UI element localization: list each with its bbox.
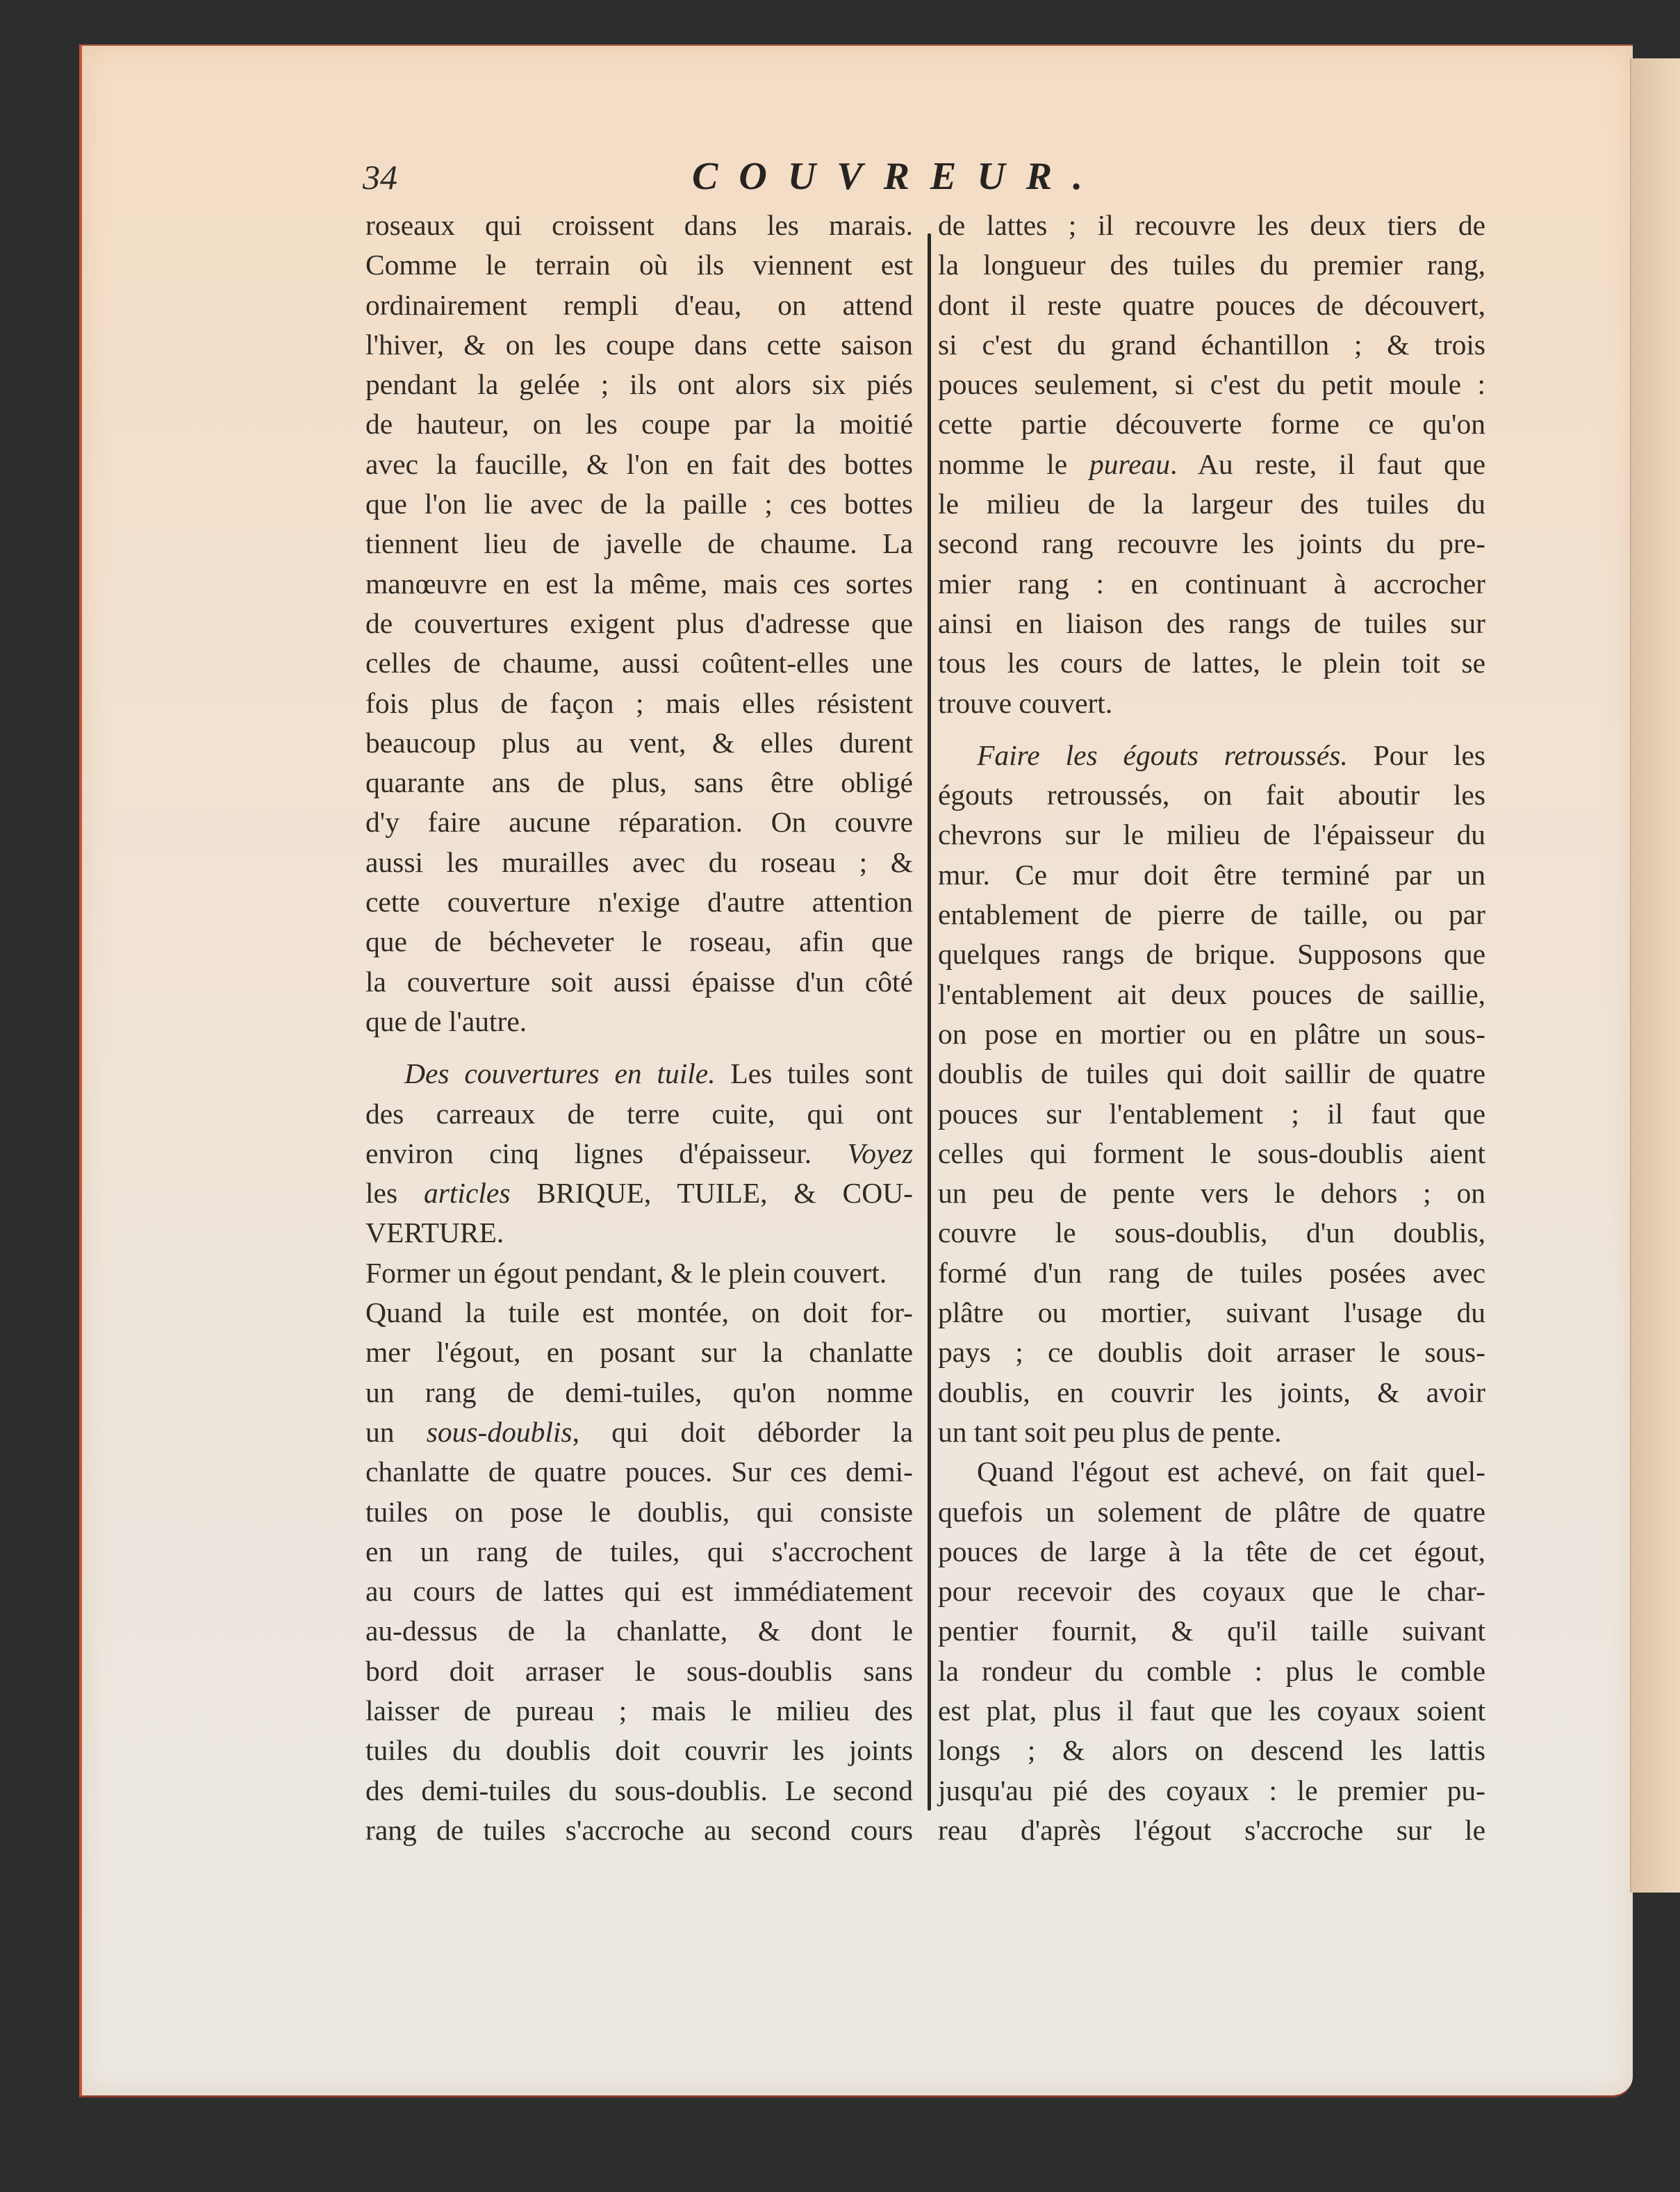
text-line: roseaux qui croissent dans les marais. [365,206,913,245]
text-line: Quand l'égout est achevé, on fait quel- [938,1452,1485,1492]
term-pureau: pureau [1089,448,1170,480]
text-line: un tant soit peu plus de pente. [938,1412,1485,1452]
text-line: des demi-tuiles du sous-doublis. Le seco… [365,1771,913,1811]
text-line: fois plus de façon ; mais elles résisten… [365,684,913,723]
text-line: ordinairement rempli d'eau, on attend [365,286,913,325]
text-line: d'y faire aucune réparation. On couvre [365,802,913,842]
text-line: jusqu'au pié des coyaux : le premier pu- [938,1771,1485,1811]
term-sous-doublis: sous-doublis [427,1416,573,1448]
text-line: de lattes ; il recouvre les deux tiers d… [938,206,1485,245]
text-line: nomme le pureau. Au reste, il faut que [938,445,1485,484]
text-line: le milieu de la largeur des tuiles du [938,484,1485,524]
text-line: bord doit arraser le sous-doublis sans [365,1651,913,1691]
text-line: l'entablement ait deux pouces de saillie… [938,975,1485,1014]
text-line: reau d'après l'égout s'accroche sur le [938,1811,1485,1850]
text-line: au-dessus de la chanlatte, & dont le [365,1611,913,1651]
text-line: pouces seulement, si c'est du petit moul… [938,365,1485,404]
text-line: en un rang de tuiles, qui s'accrochent [365,1532,913,1572]
text-line: la couverture soit aussi épaisse d'un cô… [365,962,913,1002]
page-number: 34 [363,157,397,197]
text-line: au cours de lattes qui est immédiatement [365,1572,913,1611]
text-line: est plat, plus il faut que les coyaux so… [938,1691,1485,1731]
text-line: un rang de demi-tuiles, qu'on nomme [365,1373,913,1412]
text-line: que de l'autre. [365,1002,913,1041]
text-line: quelques rangs de brique. Supposons que [938,934,1485,974]
section-tuile-first-line: Des couvertures en tuile. Les tuiles son… [365,1054,913,1094]
next-page-edge [1630,58,1680,1893]
cross-reference: BRIQUE, TUILE, & COU- [536,1177,913,1209]
text-line: les articles BRIQUE, TUILE, & COU- [365,1173,913,1213]
section-retrousses-first-line: Faire les égouts retroussés. Pour les [938,736,1485,775]
text-line: quefois un solement de plâtre de quatre [938,1492,1485,1532]
running-title: COUVREUR. [692,154,1103,199]
section-heading: Former un égout pendant, & le plein couv… [365,1253,913,1293]
text-line: mier rang : en continuant à accrocher [938,564,1485,604]
text-line: doublis de tuiles qui doit saillir de qu… [938,1054,1485,1094]
text-line: tous les cours de lattes, le plein toit … [938,643,1485,683]
text-line: pouces de large à la tête de cet égout, [938,1532,1485,1572]
text-line: environ cinq lignes d'épaisseur. Voyez [365,1134,913,1173]
text-line: cette couverture n'exige d'autre attenti… [365,882,913,922]
text-line: quarante ans de plus, sans être obligé [365,763,913,802]
text-line: cette partie découverte forme ce qu'on [938,404,1485,444]
text-line: la rondeur du comble : plus le comble [938,1651,1485,1691]
text-line: aussi les murailles avec du roseau ; & [365,843,913,882]
right-column: de lattes ; il recouvre les deux tiers d… [938,206,1485,1850]
column-divider [928,233,931,1811]
text-line: la longueur des tuiles du premier rang, [938,245,1485,285]
text-line: chevrons sur le milieu de l'épaisseur du [938,815,1485,855]
text-line: un sous-doublis, qui doit déborder la [365,1412,913,1452]
text-line: laisser de pureau ; mais le milieu des [365,1691,913,1731]
text-line: second rang recouvre les joints du pre- [938,524,1485,563]
text-line: dont il reste quatre pouces de découvert… [938,286,1485,325]
text-line: l'hiver, & on les coupe dans cette saiso… [365,325,913,365]
text-line: de hauteur, on les coupe par la moitié [365,404,913,444]
text-line: tuiles du doublis doit couvrir les joint… [365,1731,913,1770]
text-line: avec la faucille, & l'on en fait des bot… [365,445,913,484]
text-line: tiennent lieu de javelle de chaume. La [365,524,913,563]
cross-reference: VERTURE. [365,1213,913,1253]
text-line: que l'on lie avec de la paille ; ces bot… [365,484,913,524]
page-header: 34 COUVREUR. [363,154,1141,203]
text-line: Comme le terrain où ils viennent est [365,245,913,285]
text-line: rang de tuiles s'accroche au second cour… [365,1811,913,1850]
text-line: celles de chaume, aussi coûtent-elles un… [365,643,913,683]
text-line: doublis, en couvrir les joints, & avoir [938,1373,1485,1412]
text-line: couvre le sous-doublis, d'un doublis, [938,1213,1485,1253]
text-line: que de bécheveter le roseau, afin que [365,922,913,962]
left-column: roseaux qui croissent dans les marais. C… [365,206,913,1850]
text-line: manœuvre en est la même, mais ces sortes [365,564,913,604]
text-line: ainsi en liaison des rangs de tuiles sur [938,604,1485,643]
text-line: beaucoup plus au vent, & elles durent [365,723,913,763]
text-line: tuiles on pose le doublis, qui consiste [365,1492,913,1532]
text-line: mer l'égout, en posant sur la chanlatte [365,1333,913,1372]
text-line: pentier fournit, & qu'il taille suivant [938,1611,1485,1651]
text-line: entablement de pierre de taille, ou par [938,895,1485,934]
text-line: mur. Ce mur doit être terminé par un [938,855,1485,895]
text-line: trouve couvert. [938,684,1485,723]
text-line: un peu de pente vers le dehors ; on [938,1173,1485,1213]
text-line: chanlatte de quatre pouces. Sur ces demi… [365,1452,913,1492]
text-line: Quand la tuile est montée, on doit for- [365,1293,913,1333]
text-line: formé d'un rang de tuiles posées avec [938,1253,1485,1293]
section-heading: Faire les égouts retroussés. [977,739,1348,771]
text-line: pays ; ce doublis doit arraser le sous- [938,1333,1485,1372]
text-line: des carreaux de terre cuite, qui ont [365,1094,913,1134]
text-line: de couvertures exigent plus d'adresse qu… [365,604,913,643]
text-line: celles qui forment le sous-doublis aient [938,1134,1485,1173]
text-line: longs ; & alors on descend les lattis [938,1731,1485,1770]
text-line: pendant la gelée ; ils ont alors six pié… [365,365,913,404]
text-line: pouces sur l'entablement ; il faut que [938,1094,1485,1134]
text-line: égouts retroussés, on fait aboutir les [938,775,1485,815]
text-line: si c'est du grand échantillon ; & trois [938,325,1485,365]
section-heading: Des couvertures en tuile. [404,1057,716,1089]
text-line: pour recevoir des coyaux que le char- [938,1572,1485,1611]
text-line: plâtre ou mortier, suivant l'usage du [938,1293,1485,1333]
text-line: on pose en mortier ou en plâtre un sous- [938,1014,1485,1054]
